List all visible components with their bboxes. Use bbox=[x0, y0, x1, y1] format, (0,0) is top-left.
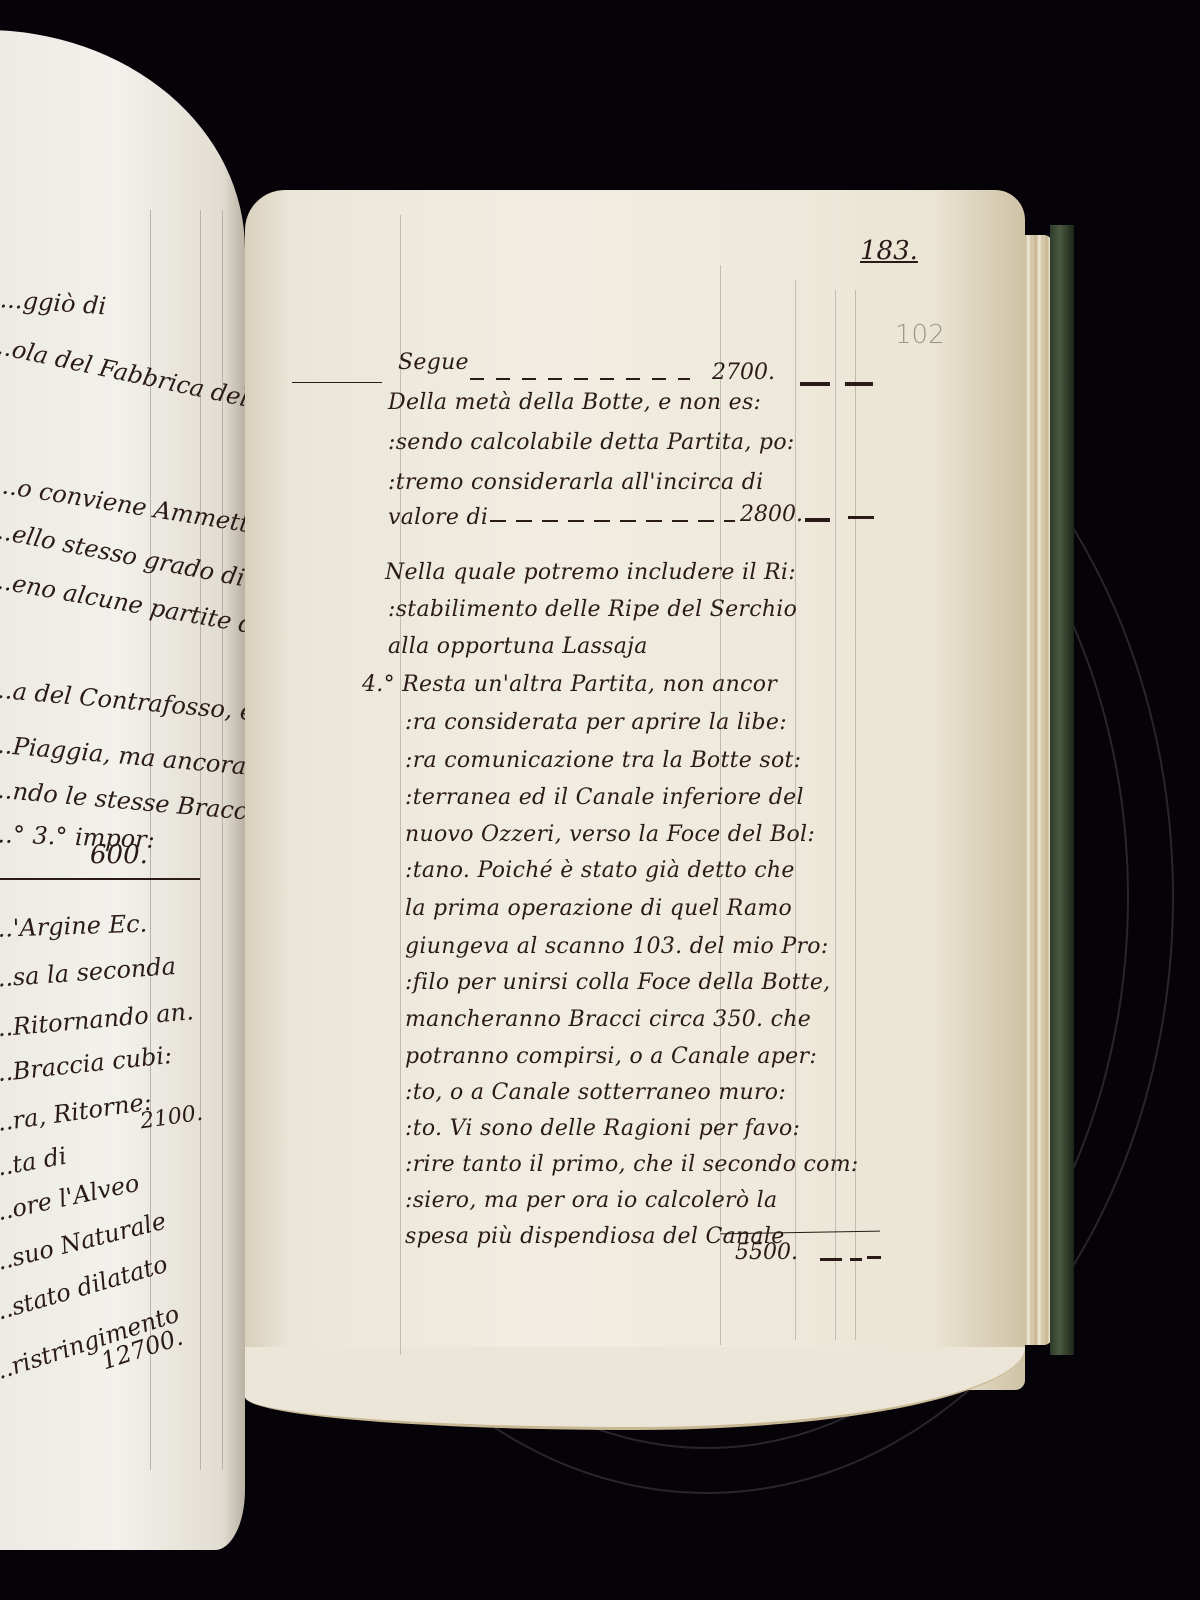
manuscript-photo: ...ggiò di ...ola del Fabbrica della ...… bbox=[0, 0, 1200, 1600]
text-line: :stabilimento delle Ripe del Serchio bbox=[388, 597, 797, 622]
left-text-line: ...Piaggia, ma ancora l'Ag: bbox=[0, 730, 245, 786]
text-line: :to, o a Canale sotterraneo muro: bbox=[405, 1080, 786, 1105]
text-line: Nella quale potremo includere il Ri: bbox=[385, 560, 796, 585]
text-line: :to. Vi sono delle Ragioni per favo: bbox=[405, 1116, 800, 1141]
dash-leader bbox=[470, 378, 690, 380]
text-line: :terranea ed il Canale inferiore del bbox=[405, 785, 804, 810]
left-text-line: ...ra, Ritorne: bbox=[0, 1087, 153, 1137]
page-bottom-edge bbox=[245, 1347, 1025, 1430]
text-line: 4.° Resta un'altra Partita, non ancor bbox=[362, 672, 777, 697]
text-line: Della metà della Botte, e non es: bbox=[388, 390, 761, 415]
amount: 2800. bbox=[740, 502, 803, 527]
text-line: :tremo considerarla all'incirca di bbox=[388, 470, 763, 495]
ruled-margin-line bbox=[835, 290, 836, 1340]
text-line: :siero, ma per ora io calcolerò la bbox=[405, 1188, 777, 1213]
carried-forward-label: Segue bbox=[398, 350, 469, 375]
text-line: alla opportuna Lassaja bbox=[388, 634, 648, 659]
ruled-margin-line bbox=[400, 215, 401, 1355]
text-line: :sendo calcolabile detta Partita, po: bbox=[388, 430, 795, 455]
dash-leader bbox=[0, 878, 200, 880]
ruled-margin-line bbox=[795, 280, 796, 1340]
left-page: ...ggiò di ...ola del Fabbrica della ...… bbox=[0, 30, 245, 1550]
left-text-line: ...ggiò di bbox=[0, 285, 107, 320]
left-text-line: ...ta di bbox=[0, 1142, 69, 1183]
dash-leader bbox=[848, 516, 874, 519]
dash-leader bbox=[805, 518, 830, 522]
text-line: mancheranno Bracci circa 350. che bbox=[405, 1007, 811, 1032]
dash-leader bbox=[800, 382, 830, 386]
dash-leader bbox=[292, 382, 382, 383]
book-cover-edge bbox=[1050, 225, 1074, 1355]
left-text-line: ...'Argine Ec. bbox=[0, 910, 148, 943]
text-line: nuovo Ozzeri, verso la Foce del Bol: bbox=[405, 822, 815, 847]
left-amount: 600. bbox=[90, 840, 148, 870]
dash-leader bbox=[490, 520, 735, 522]
text-line: valore di bbox=[388, 505, 488, 530]
dash-leader bbox=[850, 1258, 862, 1261]
text-line: potranno compirsi, o a Canale aper: bbox=[405, 1044, 817, 1069]
text-line: :ra considerata per aprire la libe: bbox=[405, 710, 787, 735]
left-text-line: ...a del Contrafosso, e Stab: bbox=[0, 675, 245, 732]
text-line: la prima operazione di quel Ramo bbox=[405, 896, 792, 921]
left-text-line: ...ola del Fabbrica della bbox=[0, 330, 245, 417]
left-text-line: ...Ritornando an. bbox=[0, 997, 195, 1043]
folio-number: 183. bbox=[860, 236, 918, 266]
text-line: :rire tanto il primo, che il secondo com… bbox=[405, 1152, 859, 1177]
pencil-archive-number: 102 bbox=[895, 320, 945, 350]
text-line: :tano. Poiché è stato già detto che bbox=[405, 858, 795, 883]
ruled-margin-line bbox=[855, 290, 856, 1340]
total-amount: 5500. bbox=[735, 1240, 798, 1265]
dash-leader bbox=[845, 382, 873, 386]
carried-forward-amount: 2700. bbox=[712, 360, 775, 385]
left-text-line: ...Braccia cubi: bbox=[0, 1041, 173, 1088]
dash-leader bbox=[820, 1258, 842, 1261]
dash-leader bbox=[867, 1256, 881, 1259]
text-line: :filo per unirsi colla Foce della Botte, bbox=[405, 970, 830, 995]
text-line: :ra comunicazione tra la Botte sot: bbox=[405, 748, 801, 773]
text-line: giungeva al scanno 103. del mio Pro: bbox=[405, 934, 829, 959]
text-line: spesa più dispendiosa del Canale bbox=[405, 1224, 785, 1249]
